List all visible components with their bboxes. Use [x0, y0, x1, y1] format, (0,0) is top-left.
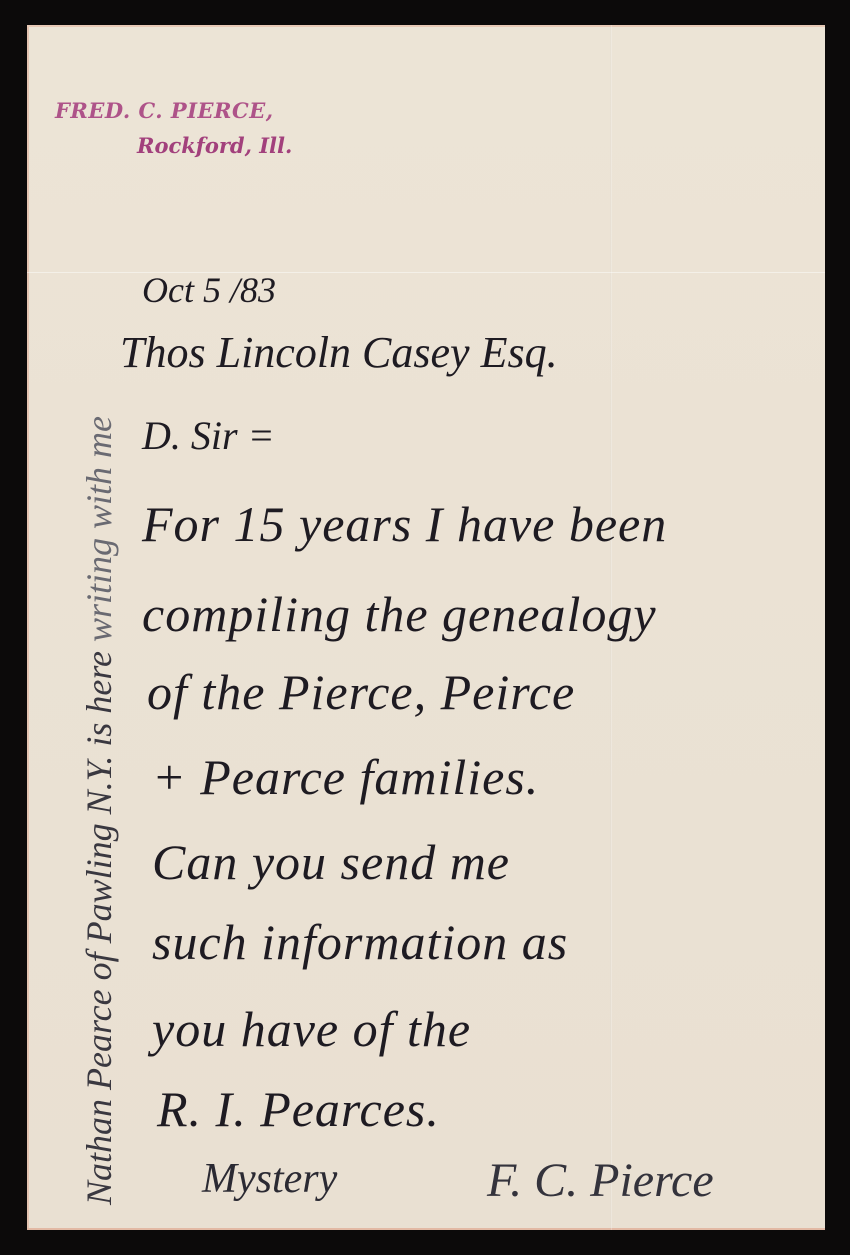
letter-salutation: D. Sir =: [142, 412, 275, 459]
letterhead-location: Rockford, Ill.: [137, 133, 292, 158]
body-line: + Pearce families.: [152, 748, 539, 806]
margin-note-faint: writing with me: [79, 416, 119, 642]
letter-date: Oct 5 /83: [142, 269, 276, 311]
body-line: For 15 years I have been: [142, 495, 667, 553]
body-line: of the Pierce, Peirce: [147, 663, 575, 721]
body-line: such information as: [152, 913, 568, 971]
letter-signature: F. C. Pierce: [487, 1153, 714, 1208]
margin-note: Nathan Pearce of Pawling N.Y. is here wr…: [78, 416, 120, 1205]
body-line: you have of the: [152, 1000, 471, 1058]
letterhead-name: FRED. C. PIERCE,: [55, 98, 274, 123]
body-line: compiling the genealogy: [142, 585, 657, 643]
margin-note-main: Nathan Pearce of Pawling N.Y. is here: [79, 651, 119, 1205]
letter-closing: Mystery: [202, 1155, 337, 1203]
letter-paper: FRED. C. PIERCE, Rockford, Ill. Oct 5 /8…: [27, 25, 825, 1230]
body-line: Can you send me: [152, 833, 510, 891]
letter-addressee: Thos Lincoln Casey Esq.: [120, 327, 558, 378]
body-line: R. I. Pearces.: [157, 1080, 440, 1138]
